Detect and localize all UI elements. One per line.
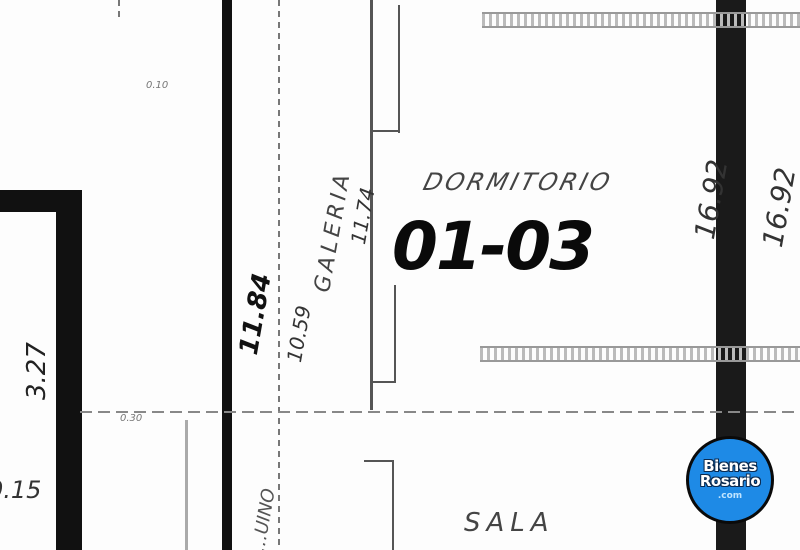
wall-left-box-side	[56, 190, 82, 550]
bedroom-code: 01-03	[392, 208, 593, 285]
dim-010: 0.10	[146, 80, 168, 91]
bedroom-bottom-axis	[80, 411, 800, 413]
bedroom-jamb-top-cap	[372, 130, 400, 132]
dim-1692-b: 16.92	[756, 165, 800, 250]
bedroom-jamb-bottom	[394, 285, 396, 383]
bedroom-jamb-bottom-cap	[372, 381, 396, 383]
left-axis-dashed	[118, 0, 120, 20]
window-top	[482, 12, 800, 28]
gallery-line-left	[278, 0, 280, 550]
logo-line-2: Rosario	[700, 474, 760, 489]
lower-left-line	[185, 420, 188, 550]
wall-left-column	[222, 0, 232, 550]
bienes-rosario-logo: Bienes Rosario .com	[686, 436, 774, 524]
bedroom-name: DORMITORIO	[420, 168, 616, 196]
dim-327: 3.27	[22, 342, 52, 400]
dim-015: 0.15	[0, 476, 41, 504]
dim-1184: 11.84	[234, 271, 278, 357]
lower-left-room-name: …UINO	[248, 487, 280, 550]
sala-jamb	[364, 460, 392, 462]
floor-plan: DORMITORIO 01-03 SALA GALERIA 11.84 10.5…	[0, 0, 800, 550]
logo-line-3: .com	[718, 491, 742, 501]
sala-jamb-v	[392, 460, 394, 550]
window-bottom	[480, 346, 800, 362]
living-name: SALA	[464, 508, 555, 538]
dim-1059: 10.59	[282, 304, 316, 365]
bedroom-jamb-top	[398, 5, 400, 133]
dim-030: 0.30	[120, 413, 142, 424]
